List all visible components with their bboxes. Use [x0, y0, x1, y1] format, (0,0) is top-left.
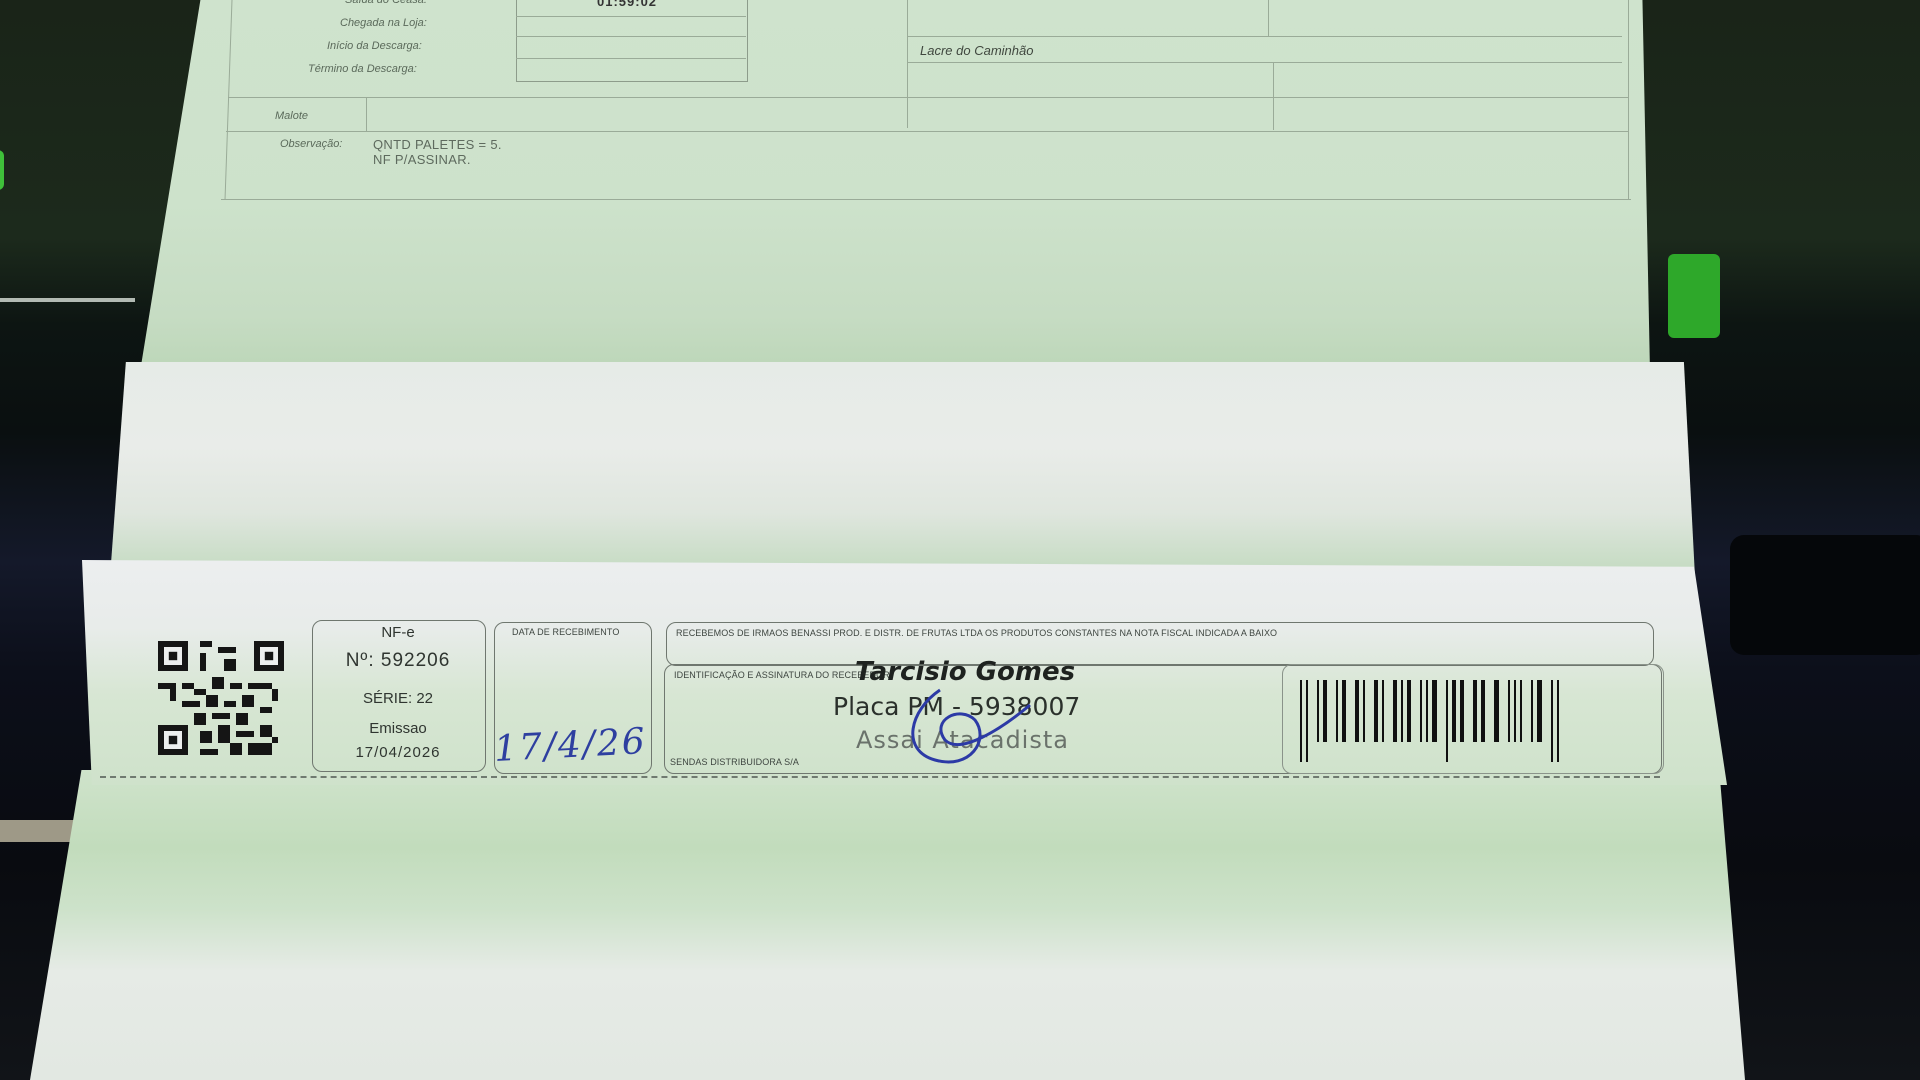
nfe-emissao-date: 17/04/2026 — [312, 744, 484, 761]
data-recebimento-label: DATA DE RECEBIMENTO — [512, 627, 619, 637]
divider — [1628, 0, 1629, 200]
label-chegada: Chegada na Loja: — [340, 17, 427, 29]
nfe-title: NF-e — [312, 624, 484, 641]
background-edge-highlight — [0, 298, 135, 302]
green-tab-left — [0, 150, 4, 190]
paper-middle-fold — [110, 362, 1695, 577]
signature-scribble — [880, 670, 1040, 780]
divider — [228, 97, 1628, 98]
green-tab-right — [1668, 254, 1720, 338]
divider — [1273, 62, 1274, 130]
handwritten-date: 17/4/26 — [493, 721, 648, 770]
label-inicio: Início da Descarga: — [327, 40, 422, 52]
nfe-emissao-label: Emissao — [312, 720, 484, 737]
observacao-line-2: NF P/ASSINAR. — [373, 152, 471, 167]
background-slot — [1730, 535, 1920, 655]
nfe-serie: SÉRIE: 22 — [312, 690, 484, 707]
divider — [221, 199, 1631, 200]
recebemos-text: RECEBEMOS DE IRMAOS BENASSI PROD. E DIST… — [676, 628, 1277, 638]
time-fields-box — [516, 0, 748, 82]
divider — [907, 62, 1622, 63]
label-termino: Término da Descarga: — [308, 63, 417, 75]
paper-upper-panel — [140, 0, 1650, 372]
perforation-line — [100, 776, 1660, 778]
divider — [907, 0, 908, 128]
divider — [226, 131, 1628, 132]
divider — [1268, 0, 1269, 36]
divider — [907, 36, 1622, 37]
recipient-company: SENDAS DISTRIBUIDORA S/A — [670, 757, 799, 767]
label-malote: Malote — [275, 110, 308, 122]
divider — [516, 36, 746, 37]
nfe-number: Nº: 592206 — [312, 650, 484, 672]
divider — [516, 58, 746, 59]
divider — [516, 16, 746, 17]
barcode-icon — [1300, 680, 1640, 765]
observacao-line-1: QNTD PALETES = 5. — [373, 137, 502, 152]
label-observacao: Observação: — [280, 138, 342, 150]
label-saida: Saída do Ceasa: — [345, 0, 427, 6]
qr-code-icon — [158, 640, 284, 756]
paper-lower-panel — [30, 770, 1745, 1080]
divider — [366, 97, 367, 131]
background-edge-highlight — [0, 820, 75, 842]
label-lacre: Lacre do Caminhão — [920, 43, 1033, 58]
